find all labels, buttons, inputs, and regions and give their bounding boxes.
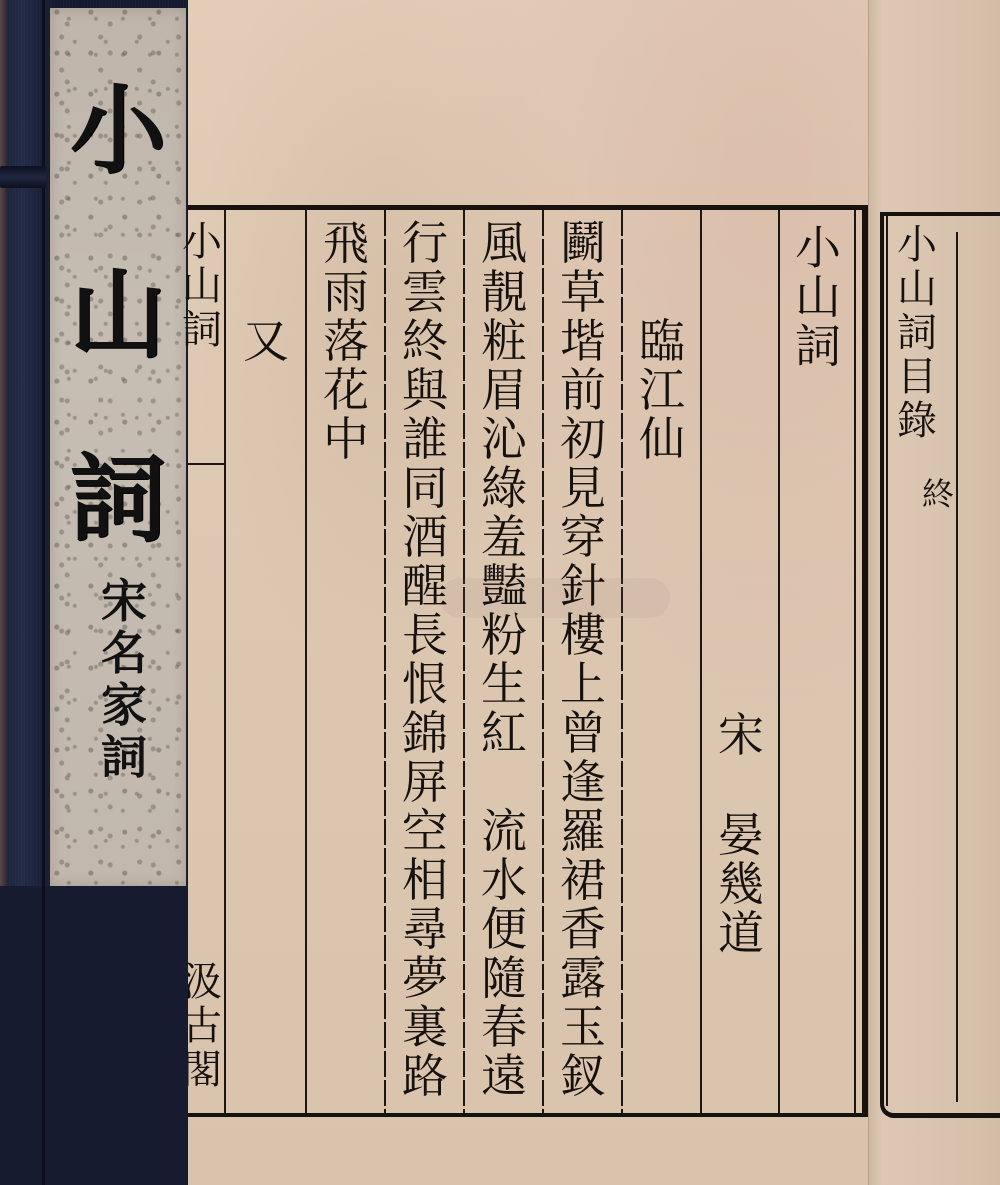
poem-char: 尋 [402, 906, 448, 955]
author-char: 道 [718, 910, 764, 959]
poem-char: 豔 [481, 563, 527, 612]
title-char: 山 [795, 274, 841, 323]
gutter-char: 汲 [182, 962, 222, 1006]
poem-char: 與 [402, 367, 448, 416]
poem-column-4: 飛 雨 落 花 中 [320, 220, 372, 465]
column-rule [224, 210, 226, 1113]
poem-char: 紅 [481, 710, 527, 759]
poem-char: 樓 [560, 612, 606, 661]
poem-char: 鬬 [560, 220, 606, 269]
poem-char: 羞 [481, 514, 527, 563]
poem-char: 釵 [560, 1053, 606, 1102]
poem-char: 長 [402, 612, 448, 661]
end-mark-char: 終 [922, 478, 954, 527]
toc-title-char: 山 [897, 269, 937, 313]
poem-char: 草 [560, 269, 606, 318]
poem-char: 恨 [402, 661, 448, 710]
poem-char: 誰 [402, 416, 448, 465]
poem-char: 路 [402, 1053, 448, 1102]
poem-char: 逢 [560, 759, 606, 808]
poem-char: 雨 [323, 269, 369, 318]
toc-title: 小 山 詞 目 錄 [892, 225, 942, 445]
column-rule [778, 210, 780, 1113]
tune-title-char: 江 [639, 367, 685, 416]
poem-column-3: 行 雲 終 與 誰 同 酒 醒 長 恨 錦 屏 空 相 尋 夢 裏 路 [399, 220, 451, 1102]
next-page-frame-inner-line [886, 216, 888, 1106]
toc-title-char: 詞 [897, 313, 937, 357]
poem-char: 針 [560, 563, 606, 612]
poem-char: 粉 [481, 612, 527, 661]
dynasty-char: 宋 [718, 712, 764, 761]
poem-char: 空 [402, 808, 448, 857]
title-char: 小 [795, 225, 841, 274]
poem-char: 遠 [481, 1053, 527, 1102]
poem-char: 裏 [402, 1004, 448, 1053]
poem-char: 流 [481, 808, 527, 857]
toc-end-mark: 終 [918, 478, 958, 527]
poem-char: 錦 [402, 710, 448, 759]
column-rule [621, 210, 623, 1113]
poem-char: 酒 [402, 514, 448, 563]
book-title: 小 山 詞 [792, 225, 844, 372]
gutter-char: 閣 [182, 1050, 222, 1094]
poem-char: 堦 [560, 318, 606, 367]
next-tune-char: 又 [243, 318, 289, 367]
poem-char: 裙 [560, 857, 606, 906]
cover-title: 小 山 詞 [50, 66, 186, 618]
poem-char: 便 [481, 906, 527, 955]
cover-title-char: 小 [70, 66, 166, 250]
gutter-char: 小 [182, 222, 222, 266]
binding-stitch [0, 166, 46, 188]
tune-title-char: 臨 [639, 318, 685, 367]
poem-char: 羅 [560, 808, 606, 857]
poem-char: 生 [481, 661, 527, 710]
poem-char: 屏 [402, 759, 448, 808]
poem-char: 春 [481, 1004, 527, 1053]
cover-subtitle-char: 詞 [101, 734, 147, 786]
author-char: 晏 [718, 812, 764, 861]
poem-char: 飛 [323, 220, 369, 269]
column-rule [854, 210, 856, 1113]
poem-char: 穿 [560, 514, 606, 563]
next-page-column-rule [956, 232, 958, 1102]
author-char: 幾 [718, 861, 764, 910]
poem-char: 相 [402, 857, 448, 906]
poem-char: 沁 [481, 416, 527, 465]
poem-char: 綠 [481, 465, 527, 514]
cover-title-char: 山 [70, 250, 166, 434]
spine-fold-line [42, 886, 45, 1185]
poem-char: 雲 [402, 269, 448, 318]
poem-char: 前 [560, 367, 606, 416]
column-rule [305, 210, 307, 1113]
gutter-char: 古 [182, 1006, 222, 1050]
poem-char: 隨 [481, 955, 527, 1004]
dynasty-label: 宋 [715, 712, 767, 761]
gutter-char: 山 [182, 266, 222, 310]
toc-title-char: 目 [897, 357, 937, 401]
cover-subtitle: 宋 名 家 詞 [94, 578, 154, 786]
poem-char: 眉 [481, 367, 527, 416]
column-rule [384, 210, 386, 1113]
cover-lower-panel [0, 886, 188, 1185]
poem-char: 玉 [560, 1004, 606, 1053]
watermark [440, 578, 670, 618]
gutter-publisher: 汲 古 閣 [182, 962, 222, 1094]
cover-title-slip: 小 山 詞 宋 名 家 詞 [50, 8, 186, 886]
tune-title-char: 仙 [639, 416, 685, 465]
toc-title-char: 小 [897, 225, 937, 269]
poem-char: 行 [402, 220, 448, 269]
poem-char: 粧 [481, 318, 527, 367]
poem-char: 曾 [560, 710, 606, 759]
poem-char: 上 [560, 661, 606, 710]
poem-char: 靚 [481, 269, 527, 318]
gutter-running-title: 小 山 詞 [182, 222, 222, 354]
gutter-divider [188, 463, 225, 465]
column-rule [463, 210, 465, 1113]
gutter-char: 詞 [182, 310, 222, 354]
tune-title: 臨 江 仙 [636, 318, 688, 465]
poem-char: 終 [402, 318, 448, 367]
column-rule [542, 210, 544, 1113]
poem-char: 落 [323, 318, 369, 367]
poem-column-1: 鬬 草 堦 前 初 見 穿 針 樓 上 曾 逢 羅 裙 香 露 玉 釵 [557, 220, 609, 1102]
poem-char: 水 [481, 857, 527, 906]
poem-char: 香 [560, 906, 606, 955]
poem-char: 見 [560, 465, 606, 514]
poem-char: 花 [323, 367, 369, 416]
poem-char: 露 [560, 955, 606, 1004]
toc-title-char: 錄 [897, 401, 937, 445]
cover-subtitle-char: 名 [101, 630, 147, 682]
next-tune-marker: 又 [240, 318, 292, 367]
cover-subtitle-char: 家 [101, 682, 147, 734]
author-name: 晏 幾 道 [715, 812, 767, 959]
poem-char: 中 [323, 416, 369, 465]
cover-subtitle-char: 宋 [101, 578, 147, 630]
poem-char: 風 [481, 220, 527, 269]
poem-char: 同 [402, 465, 448, 514]
poem-char: 夢 [402, 955, 448, 1004]
title-char: 詞 [795, 323, 841, 372]
poem-column-2: 風 靚 粧 眉 沁 綠 羞 豔 粉 生 紅 流 水 便 隨 春 遠 [478, 220, 530, 1102]
poem-char: 醒 [402, 563, 448, 612]
column-rule [700, 210, 702, 1113]
poem-char: 初 [560, 416, 606, 465]
